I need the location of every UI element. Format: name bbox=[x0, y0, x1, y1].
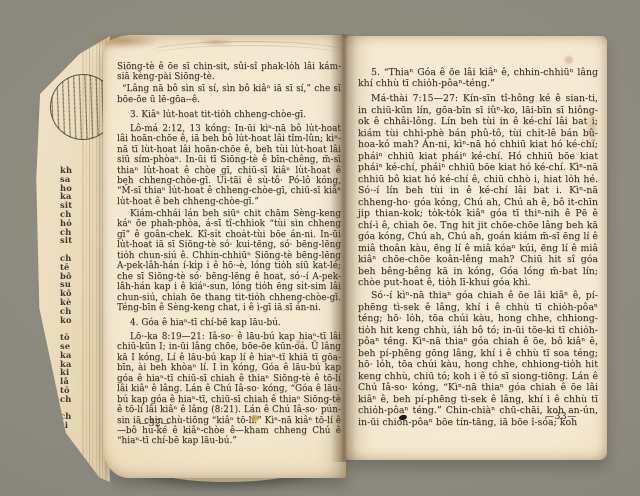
page-edge-stack: kh sa ho ka sit ch hó ch sit ch tē bô su… bbox=[34, 36, 110, 482]
page-number-left: —32— bbox=[139, 419, 171, 429]
paragraph: Lô-má 2:12, 13 kóng: In-ūi kìⁿ-nā bô lu̍… bbox=[117, 124, 341, 208]
paragraph: Má-thài 7:15—27: Kín-sīn tî-hông ké ê si… bbox=[358, 93, 598, 289]
section-heading: 4. Góa ê hiaⁿ-tī chí-bē kap lāu-bú. bbox=[117, 318, 341, 328]
left-page-text: Siōng-tè ê ōe sī chin-sit, sûi-sî phak-l… bbox=[117, 62, 341, 448]
right-page-text: 5. “Thiaⁿ Góa ê ōe lâi kiâⁿ ê, chhin-chh… bbox=[358, 62, 598, 430]
right-page: 5. “Thiaⁿ Góa ê ōe lâi kiâⁿ ê, chhin-chh… bbox=[346, 36, 607, 460]
paragraph: Só·-í kìⁿ-nā thiaⁿ góa chiah ê ōe lâi ki… bbox=[358, 290, 598, 428]
section-heading: 3. Kiâⁿ lu̍t-hoat tit-tio̍h chheng-chòe-… bbox=[117, 110, 341, 120]
section-heading: 5. “Thiaⁿ Góa ê ōe lâi kiâⁿ ê, chhin-chh… bbox=[358, 67, 598, 90]
left-page: Siōng-tè ê ōe sī chin-sit, sûi-sî phak-l… bbox=[103, 35, 346, 478]
paragraph: Siōng-tè ê ōe sī chin-sit, sûi-sî phak-l… bbox=[117, 62, 341, 83]
paragraph: Kiám-chhái lán beh siūⁿ chit chām Sèng-k… bbox=[117, 209, 341, 314]
paragraph: “Lâng nā bô sìn sī sí, sìn bô kiâⁿ iā sī… bbox=[117, 84, 341, 105]
underpage-text-fragments: kh sa ho ka sit ch hó ch sit ch tē bô su… bbox=[60, 166, 80, 448]
page-number-right: —33— bbox=[545, 412, 577, 422]
photo-background: kh sa ho ka sit ch hó ch sit ch tē bô su… bbox=[0, 0, 640, 496]
paragraph: Lō·-ka 8:19—21: Iâ-so· ê lāu-bú kap hiaⁿ… bbox=[117, 332, 341, 447]
